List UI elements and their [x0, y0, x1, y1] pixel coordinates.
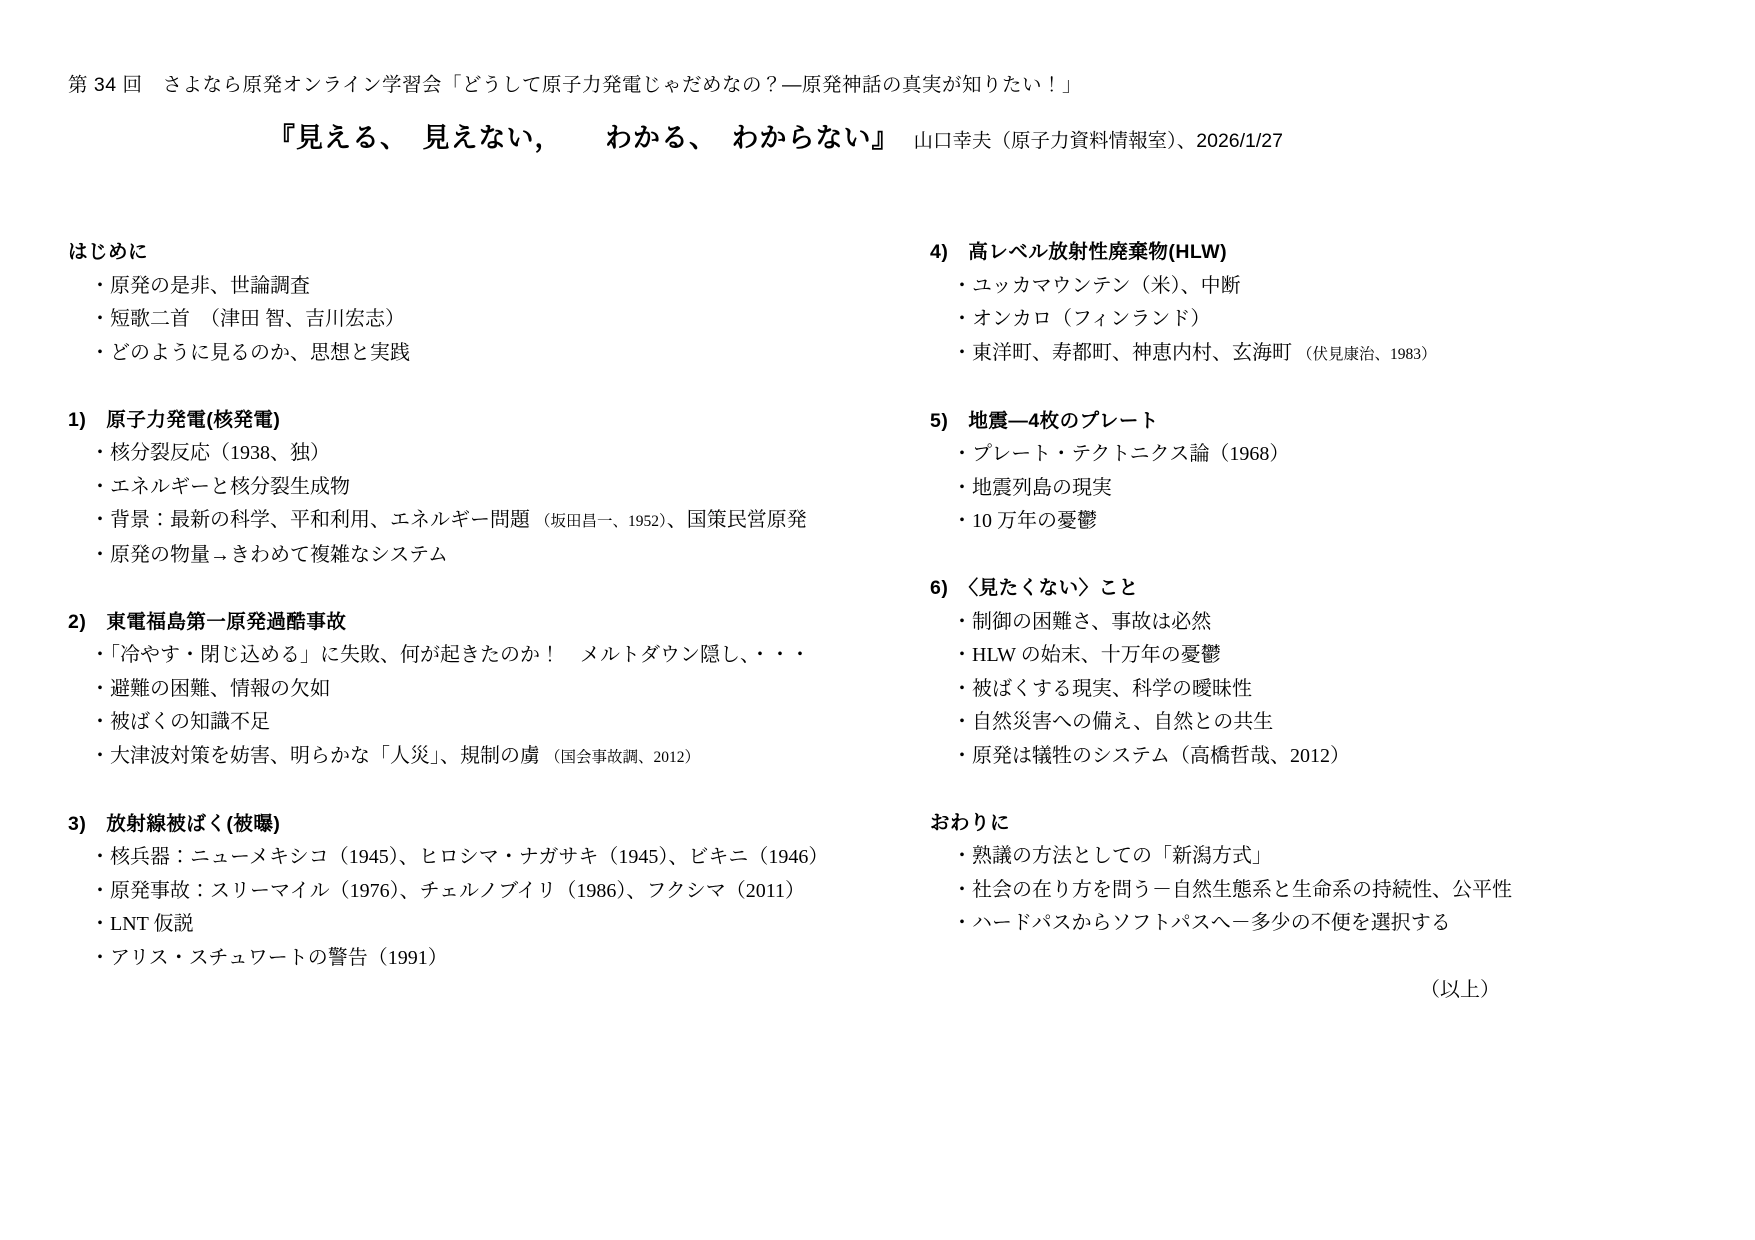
outline-item: ・エネルギーと核分裂生成物: [68, 471, 938, 505]
outline-item: ・制御の困難さ、事故は必然: [930, 606, 1522, 640]
outline-item: ・社会の在り方を問う－自然生態系と生命系の持続性、公平性: [930, 874, 1522, 908]
outline-item: ・地震列島の現実: [930, 472, 1522, 506]
outline-item-text: ・原発の物量→きわめて複雑なシステム: [90, 544, 448, 566]
outline-item-text: ・オンカロ（フィンランド）: [952, 308, 1210, 330]
outline-item: ・熟議の方法としての「新潟方式」: [930, 840, 1522, 874]
outline-item-text: ・核分裂反応（1938、独）: [90, 442, 330, 464]
outline-item-text: ・どのように見るのか、思想と実践: [90, 342, 410, 364]
outline-item-text: ・HLW の始末、十万年の憂鬱: [952, 644, 1221, 666]
outline-item: ・短歌二首 （津田 智、吉川宏志）: [68, 303, 938, 337]
section-heading: おわりに: [930, 807, 1522, 841]
outline-item-text: ・LNT 仮説: [90, 913, 194, 935]
outline-column-right: 4) 高レベル放射性廃棄物(HLW)・ユッカマウンテン（米）、中断・オンカロ（フ…: [930, 236, 1522, 1008]
outline-item: ・LNT 仮説: [68, 908, 938, 942]
section-heading: 1) 原子力発電(核発電): [68, 404, 938, 438]
outline-item-text: ・自然災害への備え、自然との共生: [952, 711, 1273, 733]
outline-item-text: ・背景：最新の科学、平和利用、エネルギー問題: [90, 509, 535, 531]
outline-item-note: （国会事故調、2012）: [545, 749, 700, 766]
outline-item: ・核兵器：ニューメキシコ（1945）、ヒロシマ・ナガサキ（1945）、ビキニ（1…: [68, 841, 938, 875]
outline-item: ・プレート・テクトニクス論（1968）: [930, 438, 1522, 472]
outline-item-text: ・10 万年の憂鬱: [952, 510, 1097, 532]
outline-item: ・HLW の始末、十万年の憂鬱: [930, 639, 1522, 673]
outline-item-text: ・ハードパスからソフトパスへ－多少の不便を選択する: [952, 912, 1451, 934]
outline-item-text: ・短歌二首 （津田 智、吉川宏志）: [90, 308, 405, 330]
section-heading: 3) 放射線被ばく(被曝): [68, 808, 938, 842]
outline-item-text: 、国策民営原発: [667, 509, 807, 531]
section-heading: 6) 〈見たくない〉こと: [930, 572, 1522, 606]
outline-item: ・ユッカマウンテン（米）、中断: [930, 270, 1522, 304]
outline-item: ・「冷やす・閉じ込める」に失敗、何が起きたのか！ メルトダウン隠し、・・・: [68, 639, 938, 673]
section-heading: 4) 高レベル放射性廃棄物(HLW): [930, 236, 1522, 270]
section-heading: 2) 東電福島第一原発過酷事故: [68, 606, 938, 640]
outline-item: ・被ばくの知識不足: [68, 706, 938, 740]
outline-item: ・原発の是非、世論調査: [68, 270, 938, 304]
outline-item-text: ・被ばくする現実、科学の曖昧性: [952, 678, 1252, 700]
outline-item-text: ・プレート・テクトニクス論（1968）: [952, 443, 1289, 465]
outline-item-note: （伏見康治、1983）: [1297, 346, 1437, 363]
outline-item: ・オンカロ（フィンランド）: [930, 303, 1522, 337]
outline-item-text: ・アリス・スチュワートの警告（1991）: [90, 947, 448, 969]
outline-item-text: ・エネルギーと核分裂生成物: [90, 476, 350, 498]
outline-item-text: ・避難の困難、情報の欠如: [90, 678, 330, 700]
lecture-title: 『見える、 見えない， わかる、 わからない』: [268, 123, 900, 153]
outline-column-left: はじめに・原発の是非、世論調査・短歌二首 （津田 智、吉川宏志）・どのように見る…: [68, 236, 938, 975]
outline-item: ・背景：最新の科学、平和利用、エネルギー問題 （坂田昌一、1952）、国策民営原…: [68, 504, 938, 539]
outline-item: ・原発の物量→きわめて複雑なシステム: [68, 539, 938, 573]
outline-item: ・核分裂反応（1938、独）: [68, 437, 938, 471]
outline-item-note: （坂田昌一、1952）: [535, 513, 667, 530]
outline-item-text: ・熟議の方法としての「新潟方式」: [952, 845, 1272, 867]
outline-item: ・ハードパスからソフトパスへ－多少の不便を選択する: [930, 907, 1522, 941]
lecture-credit: 山口幸夫（原子力資料情報室）、2026/1/27: [914, 130, 1284, 152]
outline-item-text: ・地震列島の現実: [952, 477, 1112, 499]
outline-item-text: ・制御の困難さ、事故は必然: [952, 611, 1211, 633]
document-title: 第 34 回 さよなら原発オンライン学習会「どうして原子力発電じゃだめなの？―原…: [68, 72, 1082, 98]
outline-item: ・10 万年の憂鬱: [930, 505, 1522, 539]
document-page: 第 34 回 さよなら原発オンライン学習会「どうして原子力発電じゃだめなの？―原…: [0, 0, 1755, 1240]
outline-item: ・自然災害への備え、自然との共生: [930, 706, 1522, 740]
outline-item-text: ・「冷やす・閉じ込める」に失敗、何が起きたのか！ メルトダウン隠し、・・・: [90, 644, 810, 666]
outline-item-text: ・原発事故：スリーマイル（1976）、チェルノブイリ（1986）、フクシマ（20…: [90, 880, 805, 902]
closing-note: （以上）: [930, 974, 1522, 1008]
outline-item: ・アリス・スチュワートの警告（1991）: [68, 942, 938, 976]
outline-item-text: ・東洋町、寿都町、神恵内村、玄海町: [952, 342, 1297, 364]
outline-item-text: ・社会の在り方を問う－自然生態系と生命系の持続性、公平性: [952, 879, 1512, 901]
outline-item: ・どのように見るのか、思想と実践: [68, 337, 938, 371]
outline-item: ・東洋町、寿都町、神恵内村、玄海町 （伏見康治、1983）: [930, 337, 1522, 372]
outline-item-text: ・ユッカマウンテン（米）、中断: [952, 275, 1241, 297]
outline-item-text: ・大津波対策を妨害、明らかな「人災」、規制の虜: [90, 745, 545, 767]
outline-item-text: ・原発の是非、世論調査: [90, 275, 310, 297]
outline-item: ・大津波対策を妨害、明らかな「人災」、規制の虜 （国会事故調、2012）: [68, 740, 938, 775]
section-heading: 5) 地震―4枚のプレート: [930, 405, 1522, 439]
outline-item: ・避難の困難、情報の欠如: [68, 673, 938, 707]
outline-item-text: ・核兵器：ニューメキシコ（1945）、ヒロシマ・ナガサキ（1945）、ビキニ（1…: [90, 846, 828, 868]
outline-sections-right: 4) 高レベル放射性廃棄物(HLW)・ユッカマウンテン（米）、中断・オンカロ（フ…: [930, 236, 1522, 941]
section-heading: はじめに: [68, 236, 938, 270]
outline-item: ・原発は犠牲のシステム（高橋哲哉、2012）: [930, 740, 1522, 774]
outline-item-text: ・被ばくの知識不足: [90, 711, 270, 733]
outline-item-text: ・原発は犠牲のシステム（高橋哲哉、2012）: [952, 745, 1350, 767]
subtitle-line: 『見える、 見えない， わかる、 わからない』 山口幸夫（原子力資料情報室）、2…: [268, 116, 1283, 155]
outline-item: ・被ばくする現実、科学の曖昧性: [930, 673, 1522, 707]
outline-item: ・原発事故：スリーマイル（1976）、チェルノブイリ（1986）、フクシマ（20…: [68, 875, 938, 909]
